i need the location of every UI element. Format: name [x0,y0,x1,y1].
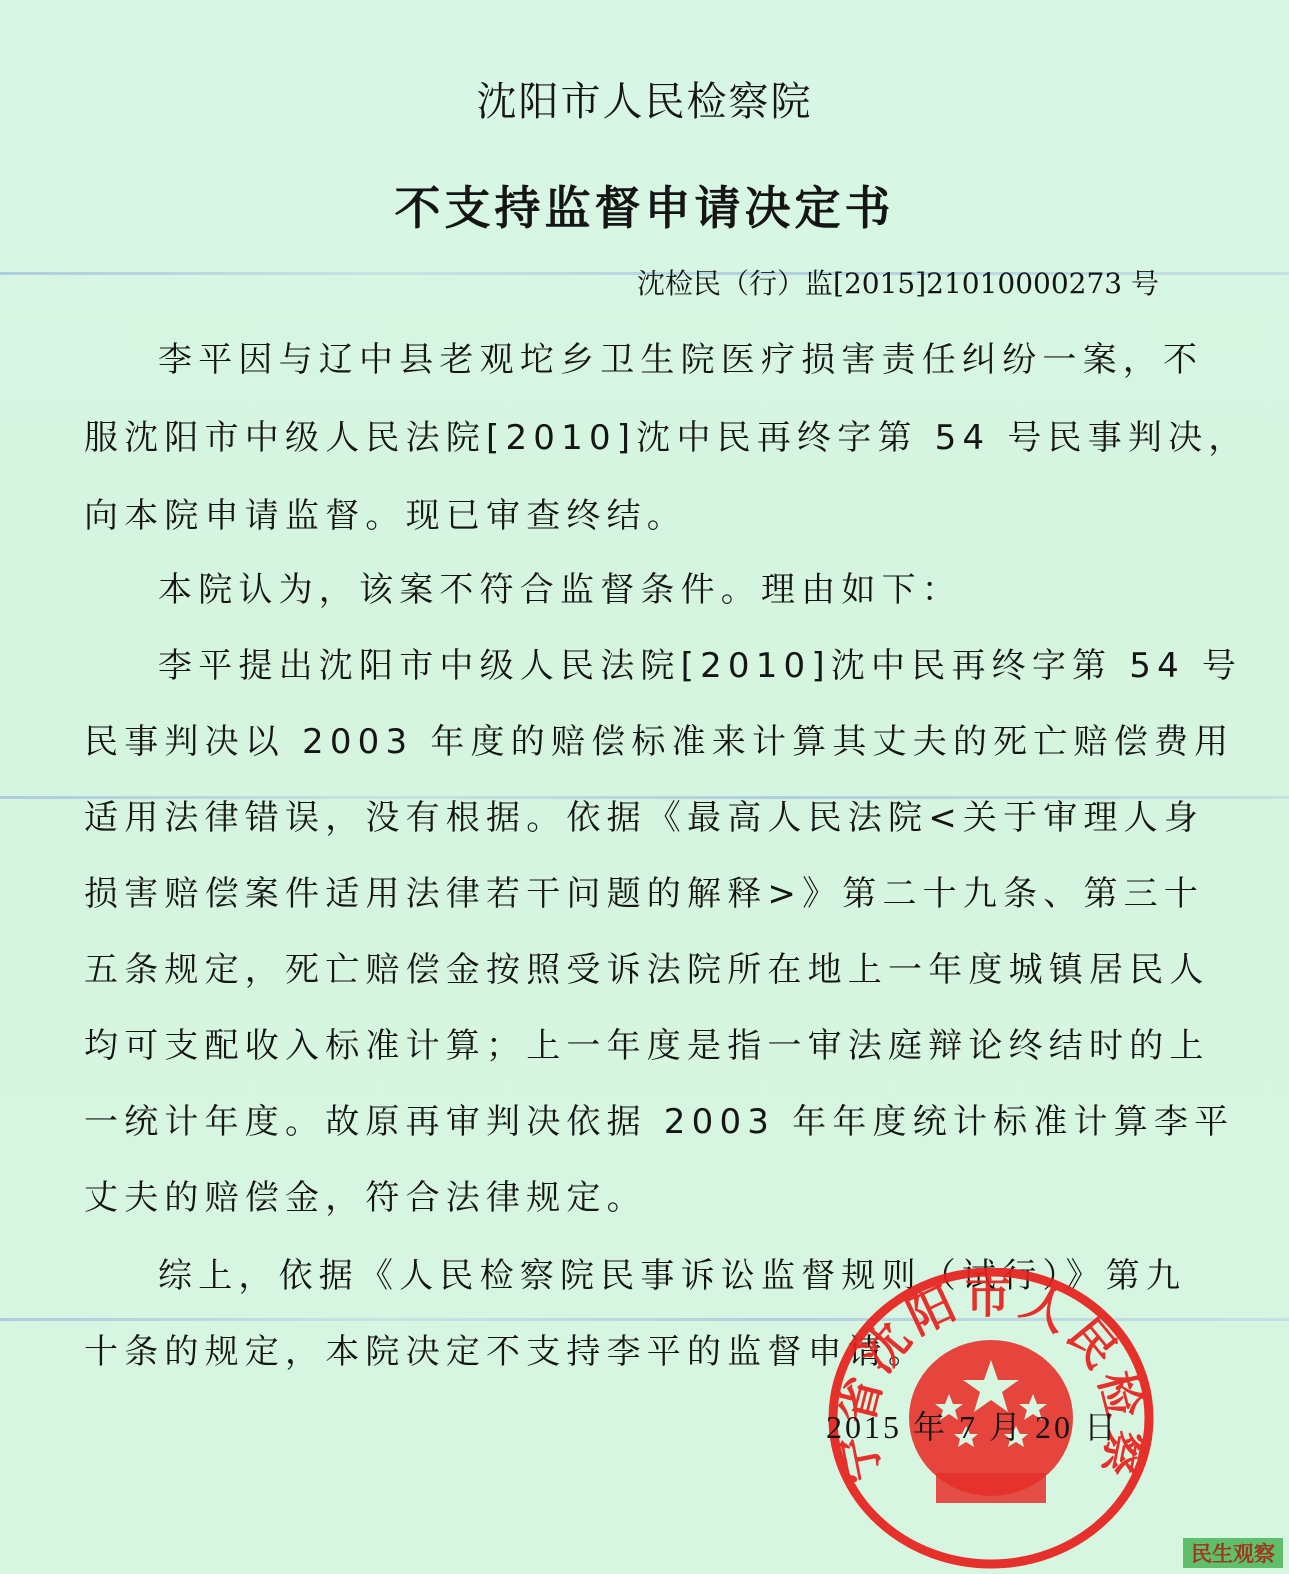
watermark-label: 民生观察 [1183,1538,1283,1568]
body-line: 本院认为，该案不符合监督条件。理由如下： [158,570,1159,610]
body-line: 五条规定，死亡赔偿金按照受诉法院所在地上一年度城镇居民人 [84,950,1159,990]
body-line: 民事判决以 2003 年度的赔偿标准来计算其丈夫的死亡赔偿费用 [84,722,1159,762]
body-line: 李平提出沈阳市中级人民法院[2010]沈中民再终字第 54 号 [158,646,1159,686]
body-line: 向本院申请监督。现已审查终结。 [84,496,1159,536]
body-line: 丈夫的赔偿金，符合法律规定。 [84,1178,1159,1218]
organization-name: 沈阳市人民检察院 [0,70,1289,127]
signing-date: 2015 年 7 月 20 日 [826,1402,1119,1448]
document-number: 沈检民（行）监[2015]21010000273 号 [637,262,1159,302]
document-title: 不支持监督申请决定书 [0,172,1289,238]
body-line: 适用法律错误，没有根据。依据《最高人民法院<关于审理人身 [84,798,1159,838]
body-line: 李平因与辽中县老观坨乡卫生院医疗损害责任纠纷一案，不 [158,340,1159,380]
body-line: 服沈阳市中级人民法院[2010]沈中民再终字第 54 号民事判决， [84,418,1159,458]
body-line: 一统计年度。故原再审判决依据 2003 年年度统计标准计算李平 [84,1102,1159,1142]
body-line: 损害赔偿案件适用法律若干问题的解释>》第二十九条、第三十 [84,874,1159,914]
body-line: 均可支配收入标准计算；上一年度是指一审法庭辩论终结时的上 [84,1026,1159,1066]
